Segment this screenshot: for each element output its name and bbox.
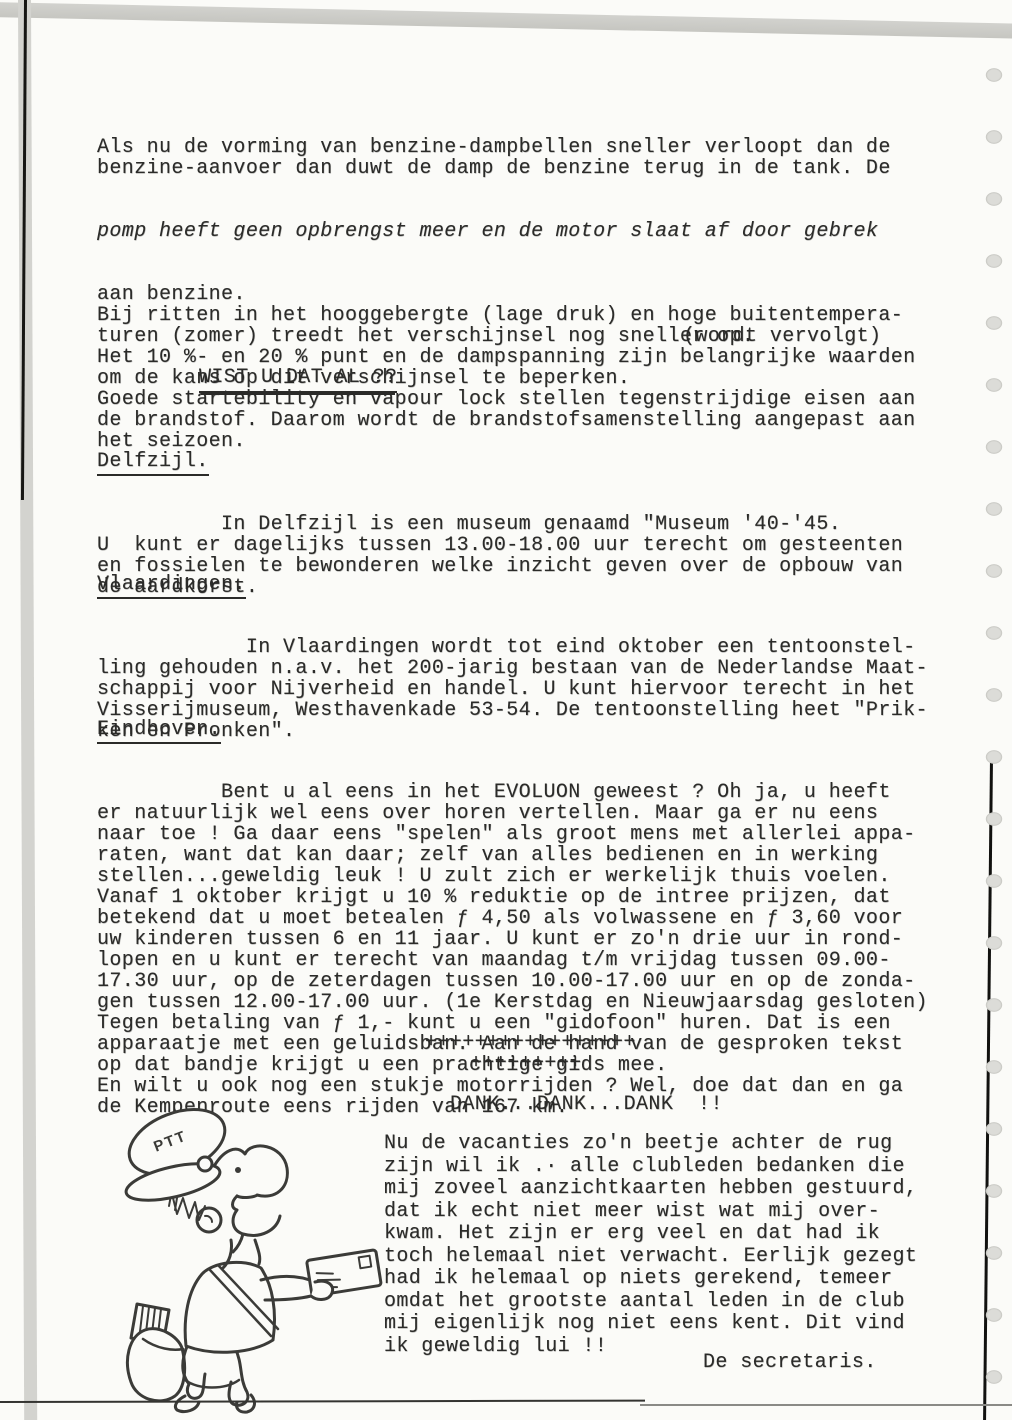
intro-text-italic: pomp heeft geen opbrengst meer en de mot… [97, 221, 916, 242]
vlaardingen-heading: Vlaardingen. [97, 573, 246, 599]
eindhoven-heading: Eindhoven. [97, 718, 221, 744]
postman-cartoon: PTT [85, 1098, 385, 1416]
cap-knot [198, 1157, 212, 1171]
mouth-chin [233, 1196, 281, 1235]
signature: De secretaris. [703, 1352, 877, 1373]
dank-body: Nu de vacanties zo'n beetje achter de ru… [384, 1133, 917, 1358]
plus-separator-row2: +++++++++ [470, 1053, 582, 1074]
binder-holes [972, 62, 1012, 1418]
eye [235, 1167, 241, 1173]
section-eindhoven: Eindhoven. Bent u al eens in het EVOLUON… [97, 677, 928, 1160]
intro-text-1: Als nu de vorming van benzine-dampbellen… [97, 137, 916, 179]
wist-u-dat-heading: WIST U DAT AL ?? [199, 366, 397, 393]
dank-title: DANK...DANK...DANK !! [450, 1094, 723, 1115]
scanned-newsletter-page: Als nu de vorming van benzine-dampbellen… [0, 0, 1012, 1420]
head [213, 1146, 287, 1198]
scan-edge-left [18, 0, 37, 1420]
scan-edge-top [0, 2, 1012, 39]
delfzijl-heading: Delfzijl. [97, 450, 209, 476]
to-be-continued-note: (wordt vervolgt) [683, 326, 881, 347]
plus-separator-row1: +++++++++++++++++ [425, 1032, 636, 1053]
mail-bag [127, 1329, 184, 1401]
ear [197, 1208, 221, 1232]
ground-line-faint [640, 1404, 1012, 1406]
wist-u-dat-heading-row: WIST U DAT AL ?? [199, 367, 397, 388]
